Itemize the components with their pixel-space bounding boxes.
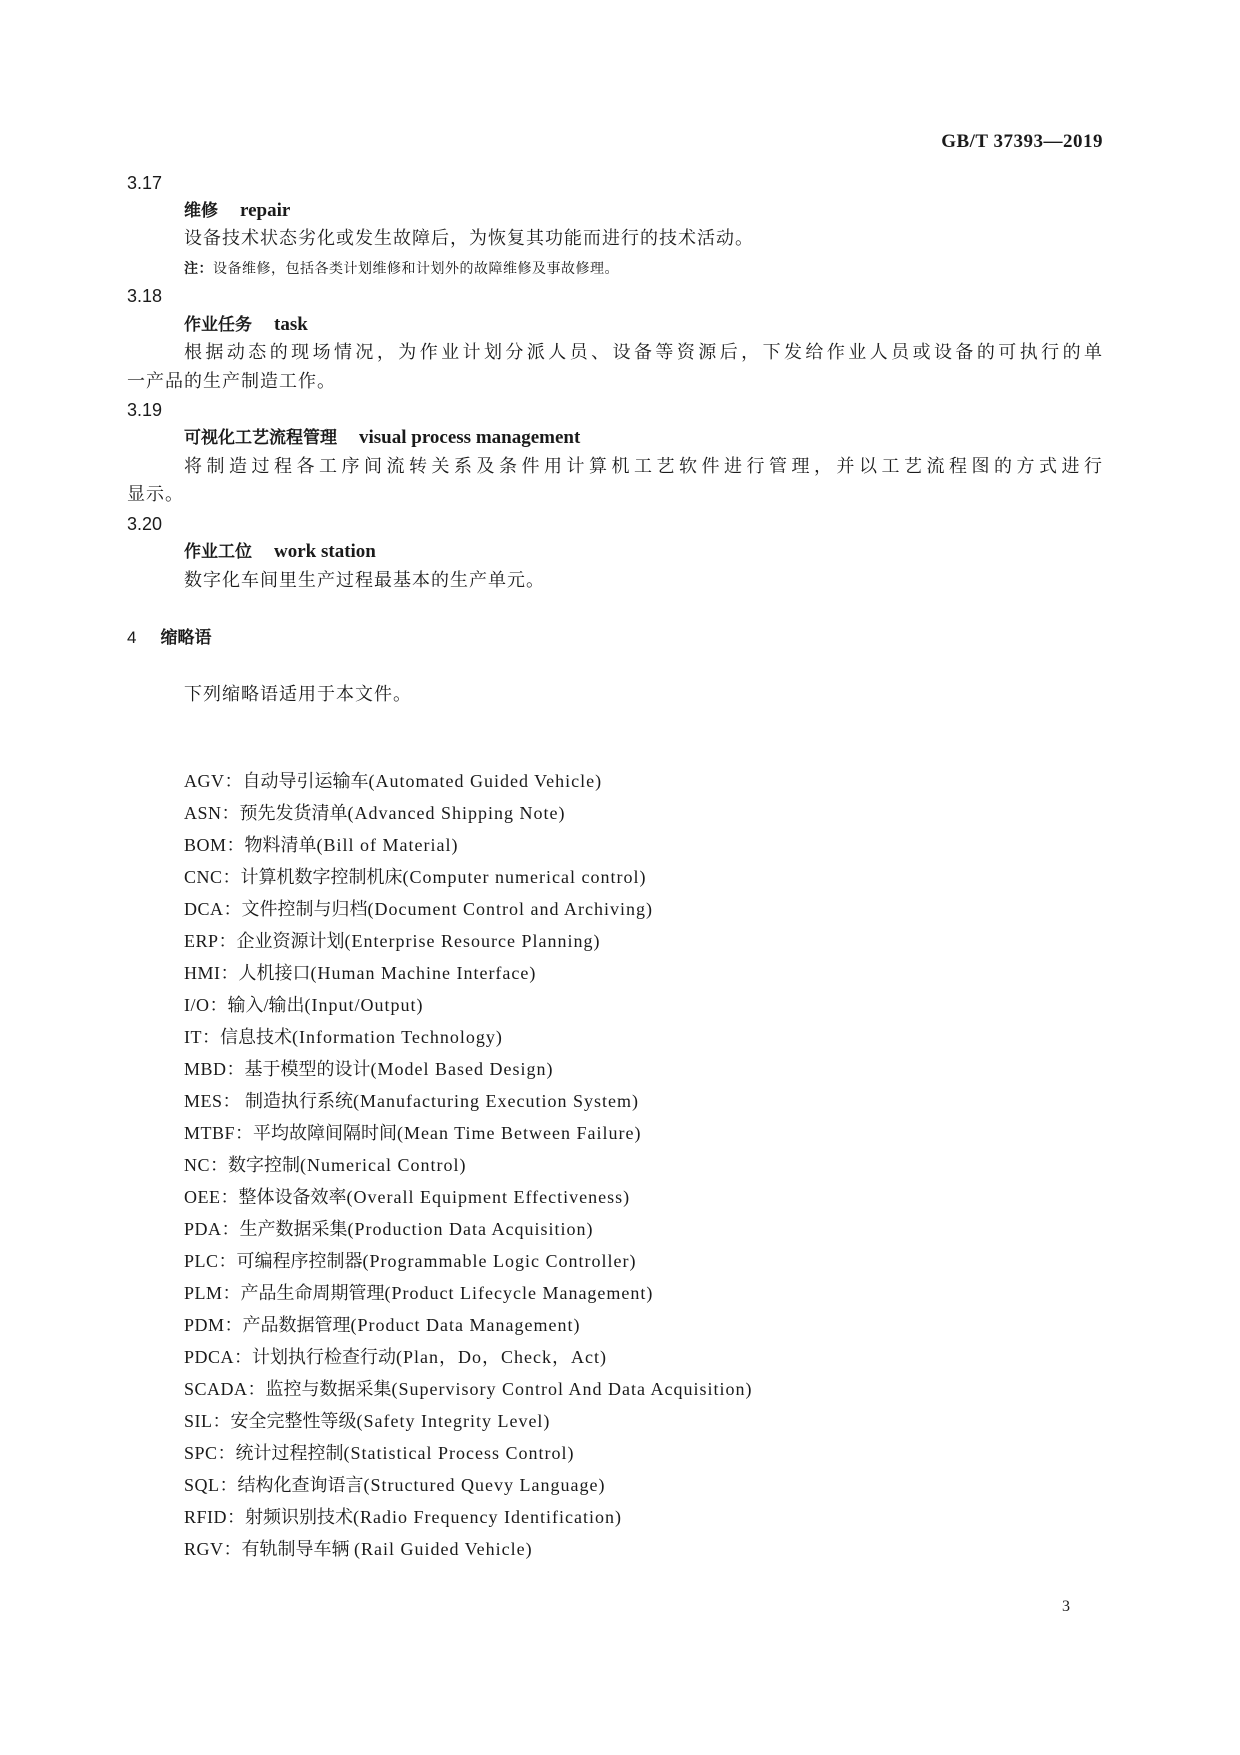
- abbreviation-english: (Structured Quevy Language): [364, 1475, 606, 1495]
- abbreviation-code: ERP: [184, 931, 219, 951]
- term-zh: 作业工位: [184, 542, 252, 562]
- abbreviation-item: SQL：结构化查询语言(Structured Quevy Language): [184, 1469, 753, 1501]
- abbreviation-item: CNC：计算机数字控制机床(Computer numerical control…: [184, 861, 753, 893]
- abbreviation-separator: ：: [248, 1379, 266, 1399]
- abbreviation-chinese: 制造执行系统: [245, 1091, 353, 1111]
- abbreviation-chinese: 结构化查询语言: [238, 1475, 364, 1495]
- abbreviation-english: (Document Control and Archiving): [368, 899, 653, 919]
- abbreviation-item: NC：数字控制(Numerical Control): [184, 1149, 753, 1181]
- abbreviation-chinese: 信息技术: [220, 1027, 292, 1047]
- abbreviation-item: PDM：产品数据管理(Product Data Management): [184, 1309, 753, 1341]
- abbreviation-code: PDCA: [184, 1347, 234, 1367]
- abbreviation-english: (Model Based Design): [371, 1059, 554, 1079]
- term-en: visual process management: [359, 427, 580, 448]
- abbreviation-code: CNC: [184, 867, 223, 887]
- document-page: GB/T 37393—2019 3.17 维修repair 设备技术状态劣化或发…: [0, 0, 1240, 1755]
- abbreviation-english: (Numerical Control): [300, 1155, 466, 1175]
- abbreviation-english: (Supervisory Control And Data Acquisitio…: [392, 1379, 753, 1399]
- abbreviation-english: (Safety Integrity Level): [357, 1411, 551, 1431]
- abbreviation-english: (Product Data Management): [351, 1315, 581, 1335]
- abbreviation-code: OEE: [184, 1187, 221, 1207]
- abbreviation-separator: ：: [227, 1507, 245, 1527]
- abbreviation-separator: ：: [227, 1059, 245, 1079]
- term-en: repair: [240, 200, 290, 221]
- abbreviation-chinese: 自动导引运输车: [243, 771, 369, 791]
- clause-number: 3.19: [127, 396, 162, 424]
- abbreviation-code: MTBF: [184, 1123, 235, 1143]
- abbreviation-separator: ：: [223, 1283, 241, 1303]
- abbreviation-item: IT：信息技术(Information Technology): [184, 1021, 753, 1053]
- abbreviation-separator: ：: [213, 1411, 231, 1431]
- abbreviation-separator: ：: [223, 867, 241, 887]
- abbreviation-item: AGV：自动导引运输车(Automated Guided Vehicle): [184, 765, 753, 797]
- term-heading: 作业工位work station: [184, 538, 376, 566]
- abbreviation-separator: ：: [225, 771, 243, 791]
- term-zh: 可视化工艺流程管理: [184, 428, 337, 448]
- abbreviation-chinese: 基于模型的设计: [245, 1059, 371, 1079]
- abbreviation-separator: ：: [222, 1219, 240, 1239]
- abbreviation-chinese: 计划执行检查行动: [252, 1347, 396, 1367]
- abbreviation-code: PLC: [184, 1251, 219, 1271]
- abbreviation-english: (Statistical Process Control): [344, 1443, 575, 1463]
- abbreviation-item: DCA：文件控制与归档(Document Control and Archivi…: [184, 893, 753, 925]
- abbreviation-chinese: 人机接口: [239, 963, 311, 983]
- abbreviation-separator: ：: [202, 1027, 220, 1047]
- abbreviation-chinese: 整体设备效率: [239, 1187, 347, 1207]
- abbreviation-separator: ：: [221, 963, 239, 983]
- section-title: 缩略语: [160, 628, 211, 648]
- definition-text: 将制造过程各工序间流转关系及条件用计算机工艺软件进行管理，并以工艺流程图的方式进…: [184, 453, 1102, 481]
- abbreviation-code: IT: [184, 1027, 202, 1047]
- abbreviation-english: (Advanced Shipping Note): [348, 803, 566, 823]
- abbreviation-chinese: 数字控制: [228, 1155, 300, 1175]
- abbreviation-item: SPC：统计过程控制(Statistical Process Control): [184, 1437, 753, 1469]
- abbreviation-chinese: 企业资源计划: [237, 931, 345, 951]
- abbreviation-code: I/O: [184, 995, 210, 1015]
- abbreviation-chinese: 射频识别技术: [245, 1507, 353, 1527]
- term-en: task: [274, 314, 308, 335]
- abbreviation-code: SCADA: [184, 1379, 248, 1399]
- abbreviation-item: ERP：企业资源计划(Enterprise Resource Planning): [184, 925, 753, 957]
- abbreviation-chinese: 安全完整性等级: [231, 1411, 357, 1431]
- abbreviation-item: HMI：人机接口(Human Machine Interface): [184, 957, 753, 989]
- abbreviation-english: (Overall Equipment Effectiveness): [347, 1187, 631, 1207]
- abbreviation-code: MES: [184, 1091, 223, 1111]
- abbreviation-english: (Mean Time Between Failure): [397, 1123, 641, 1143]
- abbreviation-code: AGV: [184, 771, 225, 791]
- abbreviation-item: PDCA：计划执行检查行动(Plan，Do，Check，Act): [184, 1341, 753, 1373]
- abbreviation-code: SPC: [184, 1443, 218, 1463]
- abbreviation-english: (Human Machine Interface): [311, 963, 537, 983]
- abbreviation-item: MBD：基于模型的设计(Model Based Design): [184, 1053, 753, 1085]
- term-heading: 维修repair: [184, 197, 290, 225]
- abbreviation-item: RFID：射频识别技术(Radio Frequency Identificati…: [184, 1501, 753, 1533]
- abbreviation-chinese: 预先发货清单: [240, 803, 348, 823]
- term-en: work station: [274, 541, 376, 562]
- abbreviation-item: SIL：安全完整性等级(Safety Integrity Level): [184, 1405, 753, 1437]
- abbreviation-code: RFID: [184, 1507, 227, 1527]
- note-text: 设备维修，包括各类计划维修和计划外的故障维修及事故修理。: [213, 261, 619, 277]
- abbreviation-item: PLC：可编程序控制器(Programmable Logic Controlle…: [184, 1245, 753, 1277]
- definition-text-continued: 显示。: [127, 481, 184, 509]
- abbreviation-code: BOM: [184, 835, 227, 855]
- abbreviation-code: PDA: [184, 1219, 222, 1239]
- abbreviation-chinese: 物料清单: [245, 835, 317, 855]
- abbreviation-separator: ：: [224, 1539, 242, 1559]
- term-heading: 可视化工艺流程管理visual process management: [184, 424, 580, 452]
- abbreviation-code: MBD: [184, 1059, 227, 1079]
- abbreviation-separator: ：: [224, 899, 242, 919]
- abbreviation-item: BOM：物料清单(Bill of Material): [184, 829, 753, 861]
- abbreviation-item: PLM：产品生命周期管理(Product Lifecycle Managemen…: [184, 1277, 753, 1309]
- abbreviation-item: PDA：生产数据采集(Production Data Acquisition): [184, 1213, 753, 1245]
- section-intro: 下列缩略语适用于本文件。: [184, 681, 412, 709]
- abbreviation-separator: ：: [225, 1315, 243, 1335]
- abbreviation-english: (Enterprise Resource Planning): [345, 931, 601, 951]
- abbreviation-item: RGV：有轨制导车辆 (Rail Guided Vehicle): [184, 1533, 753, 1565]
- abbreviation-separator: ：: [235, 1123, 253, 1143]
- abbreviation-chinese: 产品数据管理: [243, 1315, 351, 1335]
- abbreviation-english: (Radio Frequency Identification): [353, 1507, 622, 1527]
- abbreviation-code: PLM: [184, 1283, 223, 1303]
- abbreviation-separator: ：: [210, 995, 228, 1015]
- abbreviation-code: DCA: [184, 899, 224, 919]
- abbreviation-separator: ：: [219, 931, 237, 951]
- term-zh: 维修: [184, 201, 218, 221]
- abbreviation-chinese: 有轨制导车辆: [242, 1539, 355, 1559]
- abbreviation-english: (Programmable Logic Controller): [363, 1251, 637, 1271]
- abbreviation-english: (Bill of Material): [317, 835, 459, 855]
- abbreviation-separator: ：: [234, 1347, 252, 1367]
- abbreviation-item: ASN：预先发货清单(Advanced Shipping Note): [184, 797, 753, 829]
- definition-text-continued: 一产品的生产制造工作。: [127, 368, 336, 396]
- abbreviation-separator: ：: [227, 835, 245, 855]
- abbreviation-chinese: 监控与数据采集: [266, 1379, 392, 1399]
- section-number: 4: [127, 628, 136, 647]
- abbreviation-separator: ：: [210, 1155, 228, 1175]
- abbreviation-chinese: 统计过程控制: [236, 1443, 344, 1463]
- abbreviation-english: (Automated Guided Vehicle): [369, 771, 603, 791]
- abbreviation-code: ASN: [184, 803, 222, 823]
- note-label: 注：: [184, 261, 213, 277]
- clause-number: 3.20: [127, 510, 162, 538]
- abbreviation-separator: ：: [223, 1091, 246, 1111]
- abbreviation-separator: ：: [222, 803, 240, 823]
- abbreviation-english: (Production Data Acquisition): [348, 1219, 594, 1239]
- abbreviation-chinese: 输入/输出: [228, 995, 305, 1015]
- abbreviation-code: SQL: [184, 1475, 220, 1495]
- abbreviation-code: NC: [184, 1155, 210, 1175]
- abbreviation-list: AGV：自动导引运输车(Automated Guided Vehicle)ASN…: [184, 765, 753, 1565]
- abbreviation-english: (Input/Output): [305, 995, 424, 1015]
- abbreviation-chinese: 生产数据采集: [240, 1219, 348, 1239]
- abbreviation-english: (Product Lifecycle Management): [385, 1283, 654, 1303]
- definition-text: 设备技术状态劣化或发生故障后，为恢复其功能而进行的技术活动。: [184, 225, 754, 253]
- page-number: 3: [1062, 1598, 1070, 1616]
- abbreviation-item: MTBF：平均故障间隔时间(Mean Time Between Failure): [184, 1117, 753, 1149]
- standard-code-header: GB/T 37393—2019: [941, 131, 1103, 153]
- definition-text: 根据动态的现场情况，为作业计划分派人员、设备等资源后，下发给作业人员或设备的可执…: [184, 339, 1102, 367]
- abbreviation-english: (Manufacturing Execution System): [353, 1091, 639, 1111]
- abbreviation-code: SIL: [184, 1411, 213, 1431]
- abbreviation-item: SCADA：监控与数据采集(Supervisory Control And Da…: [184, 1373, 753, 1405]
- clause-number: 3.17: [127, 169, 162, 197]
- term-heading: 作业任务task: [184, 311, 308, 339]
- term-zh: 作业任务: [184, 315, 252, 335]
- abbreviation-english: (Rail Guided Vehicle): [354, 1539, 533, 1559]
- abbreviation-english: (Computer numerical control): [403, 867, 647, 887]
- abbreviation-item: MES： 制造执行系统(Manufacturing Execution Syst…: [184, 1085, 753, 1117]
- abbreviation-chinese: 可编程序控制器: [237, 1251, 363, 1271]
- abbreviation-english: (Plan，Do，Check，Act): [396, 1347, 607, 1367]
- abbreviation-code: HMI: [184, 963, 221, 983]
- definition-text: 数字化车间里生产过程最基本的生产单元。: [184, 567, 545, 595]
- abbreviation-item: OEE：整体设备效率(Overall Equipment Effectivene…: [184, 1181, 753, 1213]
- abbreviation-chinese: 文件控制与归档: [242, 899, 368, 919]
- abbreviation-code: RGV: [184, 1539, 224, 1559]
- abbreviation-separator: ：: [218, 1443, 236, 1463]
- abbreviation-separator: ：: [221, 1187, 239, 1207]
- abbreviation-separator: ：: [220, 1475, 238, 1495]
- section-heading: 4缩略语: [127, 624, 211, 652]
- abbreviation-item: I/O：输入/输出(Input/Output): [184, 989, 753, 1021]
- abbreviation-chinese: 平均故障间隔时间: [253, 1123, 397, 1143]
- abbreviation-separator: ：: [219, 1251, 237, 1271]
- abbreviation-chinese: 产品生命周期管理: [241, 1283, 385, 1303]
- abbreviation-code: PDM: [184, 1315, 225, 1335]
- abbreviation-english: (Information Technology): [292, 1027, 503, 1047]
- abbreviation-chinese: 计算机数字控制机床: [241, 867, 403, 887]
- clause-number: 3.18: [127, 282, 162, 310]
- note: 注：设备维修，包括各类计划维修和计划外的故障维修及事故修理。: [184, 255, 619, 283]
